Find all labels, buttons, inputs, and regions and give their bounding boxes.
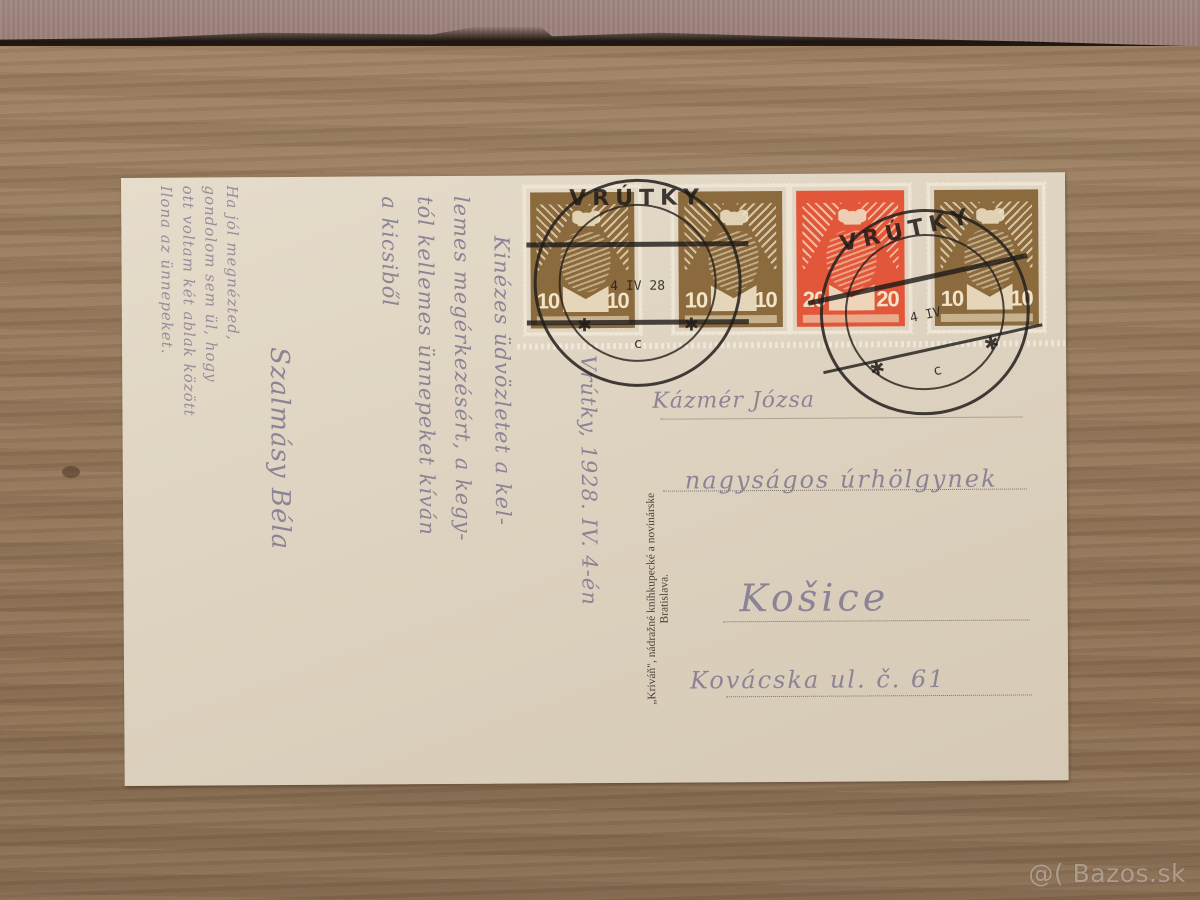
- postmark-vrutky-1: VRÚTKY 4 IV 28 c ✱ ✱: [533, 178, 742, 387]
- publisher-imprint: „Kriváň", nádražné kníhkupecké a novinár…: [645, 493, 672, 705]
- address-line-3: Košice: [739, 575, 889, 620]
- postmark-star-icon: ✱: [577, 315, 592, 336]
- message-line-3: tól kellemes ünnepeket kíván: [413, 196, 439, 536]
- address-rule-1: [660, 416, 1022, 419]
- side-note-line-4: Ilona az ünnepeket.: [157, 186, 176, 355]
- message-line-1: Kinézes üdvözletet a kel-: [489, 236, 515, 526]
- bazos-watermark: @( Bazos.sk: [1028, 859, 1186, 888]
- signature: Szalmásy Béla: [264, 347, 295, 550]
- side-note-line-1: Ha jól megnézted,: [223, 185, 242, 341]
- side-note-line-2: gondolom sem ül, hogy: [201, 185, 220, 382]
- side-note-line-3: ott voltam két ablak között: [179, 186, 198, 417]
- address-line-4: Kovácska ul. č. 61: [690, 665, 946, 695]
- imprint-line-1: „Kriváň", nádražné kníhkupecké a novinár…: [645, 493, 659, 705]
- message-line-2: lemes megérkezésért, a kegy-: [449, 196, 475, 542]
- postcard: Ha jól megnézted, gondolom sem ül, hogy …: [121, 172, 1069, 786]
- wood-knot: [62, 466, 80, 478]
- imprint-line-2: Bratislava.: [658, 493, 672, 705]
- dateline: Vrútky, 1928. IV. 4-én: [576, 355, 602, 606]
- message-line-4: a kicsiből: [377, 196, 402, 307]
- address-line-1: Kázmér Józsa: [652, 388, 815, 414]
- postmark-star-icon: ✱: [684, 314, 699, 335]
- address-rule-4: [726, 694, 1032, 697]
